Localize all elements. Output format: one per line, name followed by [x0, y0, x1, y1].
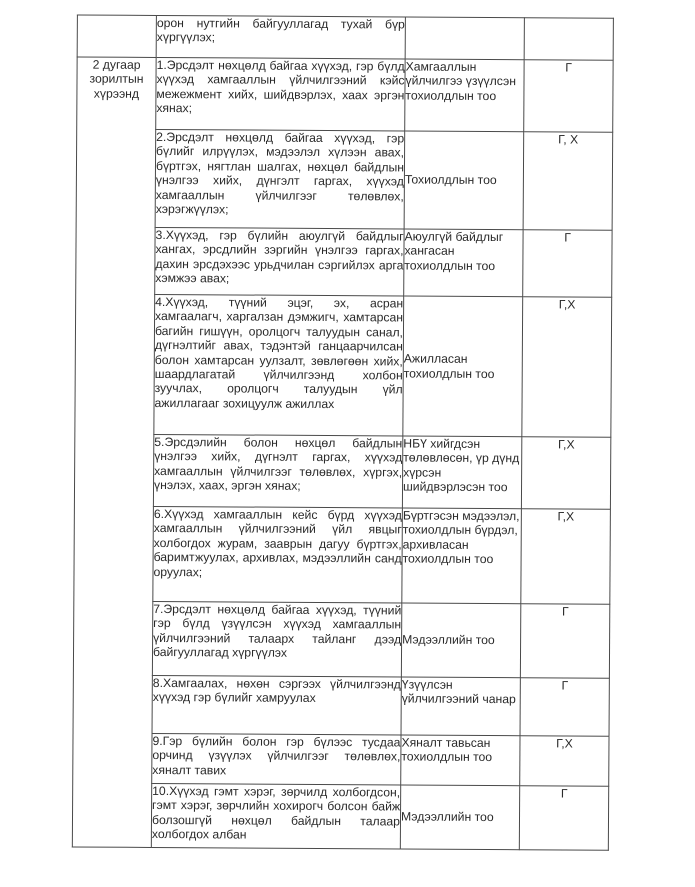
activity-table: орон нутгийн байгууллагад тухай бүр хүрг… — [72, 14, 614, 850]
level-value: Г,Х — [556, 736, 573, 751]
level-cell: Г — [520, 604, 609, 679]
activity-cell: 4.Хүүхэд, түүний эцэг, эх, асран хамгаал… — [154, 294, 404, 436]
table-row: 8.Хамгаалах, нөхөн сэргээх үйлчилгээнд х… — [73, 675, 609, 736]
level-cell: Г,Х — [521, 509, 611, 605]
indicator-cell: Ажилласан тохиолдлын тоо — [403, 296, 523, 437]
table-row: 3.Хүүхэд, гэр бүлийн аюулгүй байдлыг хан… — [76, 227, 612, 297]
level-value: Г — [564, 230, 571, 244]
activity-cell: 3.Хүүхэд, гэр бүлийн аюулгүй байдлыг хан… — [155, 227, 404, 296]
activity-cell: 1.Эрсдэлт нөхцөлд байгаа хүүхэд, гэр бүл… — [156, 57, 405, 131]
table-row-continued: орон нутгийн байгууллагад тухай бүр хүрг… — [77, 15, 613, 60]
level-value: Г — [562, 604, 569, 618]
level-cell: Г,Х — [520, 736, 609, 787]
level-cell: Г — [519, 786, 608, 851]
indicator-cell — [405, 17, 524, 60]
level-cell: Г,Х — [522, 297, 612, 438]
table-row: 4.Хүүхэд, түүний эцэг, эх, асран хамгаал… — [75, 294, 612, 437]
table-row: 10.Хүүхэд гэмт хэрэг, зөрчилд холбогдсон… — [72, 783, 608, 850]
table-row: 5.Эрсдэлийн болон нөхцөл байдлын үнэлгээ… — [74, 434, 610, 509]
indicator-cell: Хяналт тавьсан тохиолдлын тоо — [401, 735, 520, 786]
indicator-cell: Аюулгүй байдлыг хангасан тохиолдлын тоо — [404, 229, 523, 297]
indicator-cell: Мэдээллийн тоо — [401, 603, 520, 678]
indicator-cell: Үзүүлсэн үйлчилгээний чанар — [401, 677, 520, 736]
group-label-cell: 2 дугаар зорилтын хүрээнд — [72, 57, 156, 847]
activity-cell: 6.Хүүхэд хамгааллын кейс бүрд хүүхэд хам… — [153, 506, 403, 603]
level-cell: Г — [520, 678, 609, 737]
indicator-cell: Хамгааллын үйлчилгээ үзүүлсэн тохиолдлын… — [405, 59, 524, 132]
level-cell: Г — [523, 230, 612, 298]
activity-cell: 9.Гэр бүлийн болон гэр бүлээс тусдаа орч… — [152, 733, 401, 785]
activity-cell: 7.Эрсдэлт нөхцөлд байгаа хүүхэд, түүний … — [152, 601, 401, 677]
level-cell — [524, 18, 613, 61]
table-row: 9.Гэр бүлийн болон гэр бүлээс тусдаа орч… — [73, 733, 609, 786]
level-cell: Г, Х — [523, 132, 613, 231]
indicator-cell: Тохиолдлын тоо — [404, 131, 524, 230]
group-label: 2 дугаар зорилтын хүрээнд — [89, 58, 143, 101]
level-value: Г — [565, 60, 572, 74]
activity-cell: 5.Эрсдэлийн болон нөхцөл байдлын үнэлгээ… — [153, 434, 402, 508]
level-value: Г — [561, 678, 568, 692]
table-row: 7.Эрсдэлт нөхцөлд байгаа хүүхэд, түүний … — [73, 601, 609, 678]
table-row: 2.Эрсдэлт нөхцөлд байгаа хүүхэд, гэр бүл… — [76, 129, 613, 230]
group-cell-empty — [77, 15, 156, 57]
activity-cell: 8.Хамгаалах, нөхөн сэргээх үйлчилгээнд х… — [152, 675, 401, 735]
level-value: Г — [561, 786, 568, 800]
indicator-cell: Бүртгэсэн мэдээлэл, тохиолдлын бүрдэл, а… — [402, 508, 522, 604]
activity-cell: 2.Эрсдэлт нөхцөлд байгаа хүүхэд, гэр бүл… — [155, 129, 405, 229]
level-value: Г,Х — [558, 437, 575, 452]
table-row: 2 дугаар зорилтын хүрээнд 1.Эрсдэлт нөхц… — [77, 57, 613, 132]
level-value: Г,Х — [559, 297, 576, 312]
activity-cell: орон нутгийн байгууллагад тухай бүр хүрг… — [156, 15, 405, 59]
activity-cell: 10.Хүүхэд гэмт хэрэг, зөрчилд холбогдсон… — [151, 783, 400, 849]
document-page: орон нутгийн байгууллагад тухай бүр хүрг… — [0, 0, 695, 887]
indicator-cell: Мэдээллийн тоо — [400, 785, 519, 850]
level-value: Г,Х — [557, 509, 574, 524]
level-cell: Г,Х — [521, 437, 610, 510]
indicator-cell: НБҮ хийгдсэн төлөвлөсөн, үр дүнд хүрсэн … — [402, 436, 521, 509]
table-row: 6.Хүүхэд хамгааллын кейс бүрд хүүхэд хам… — [74, 506, 611, 604]
level-cell: Г — [524, 60, 613, 133]
level-value: Г, Х — [558, 132, 578, 147]
